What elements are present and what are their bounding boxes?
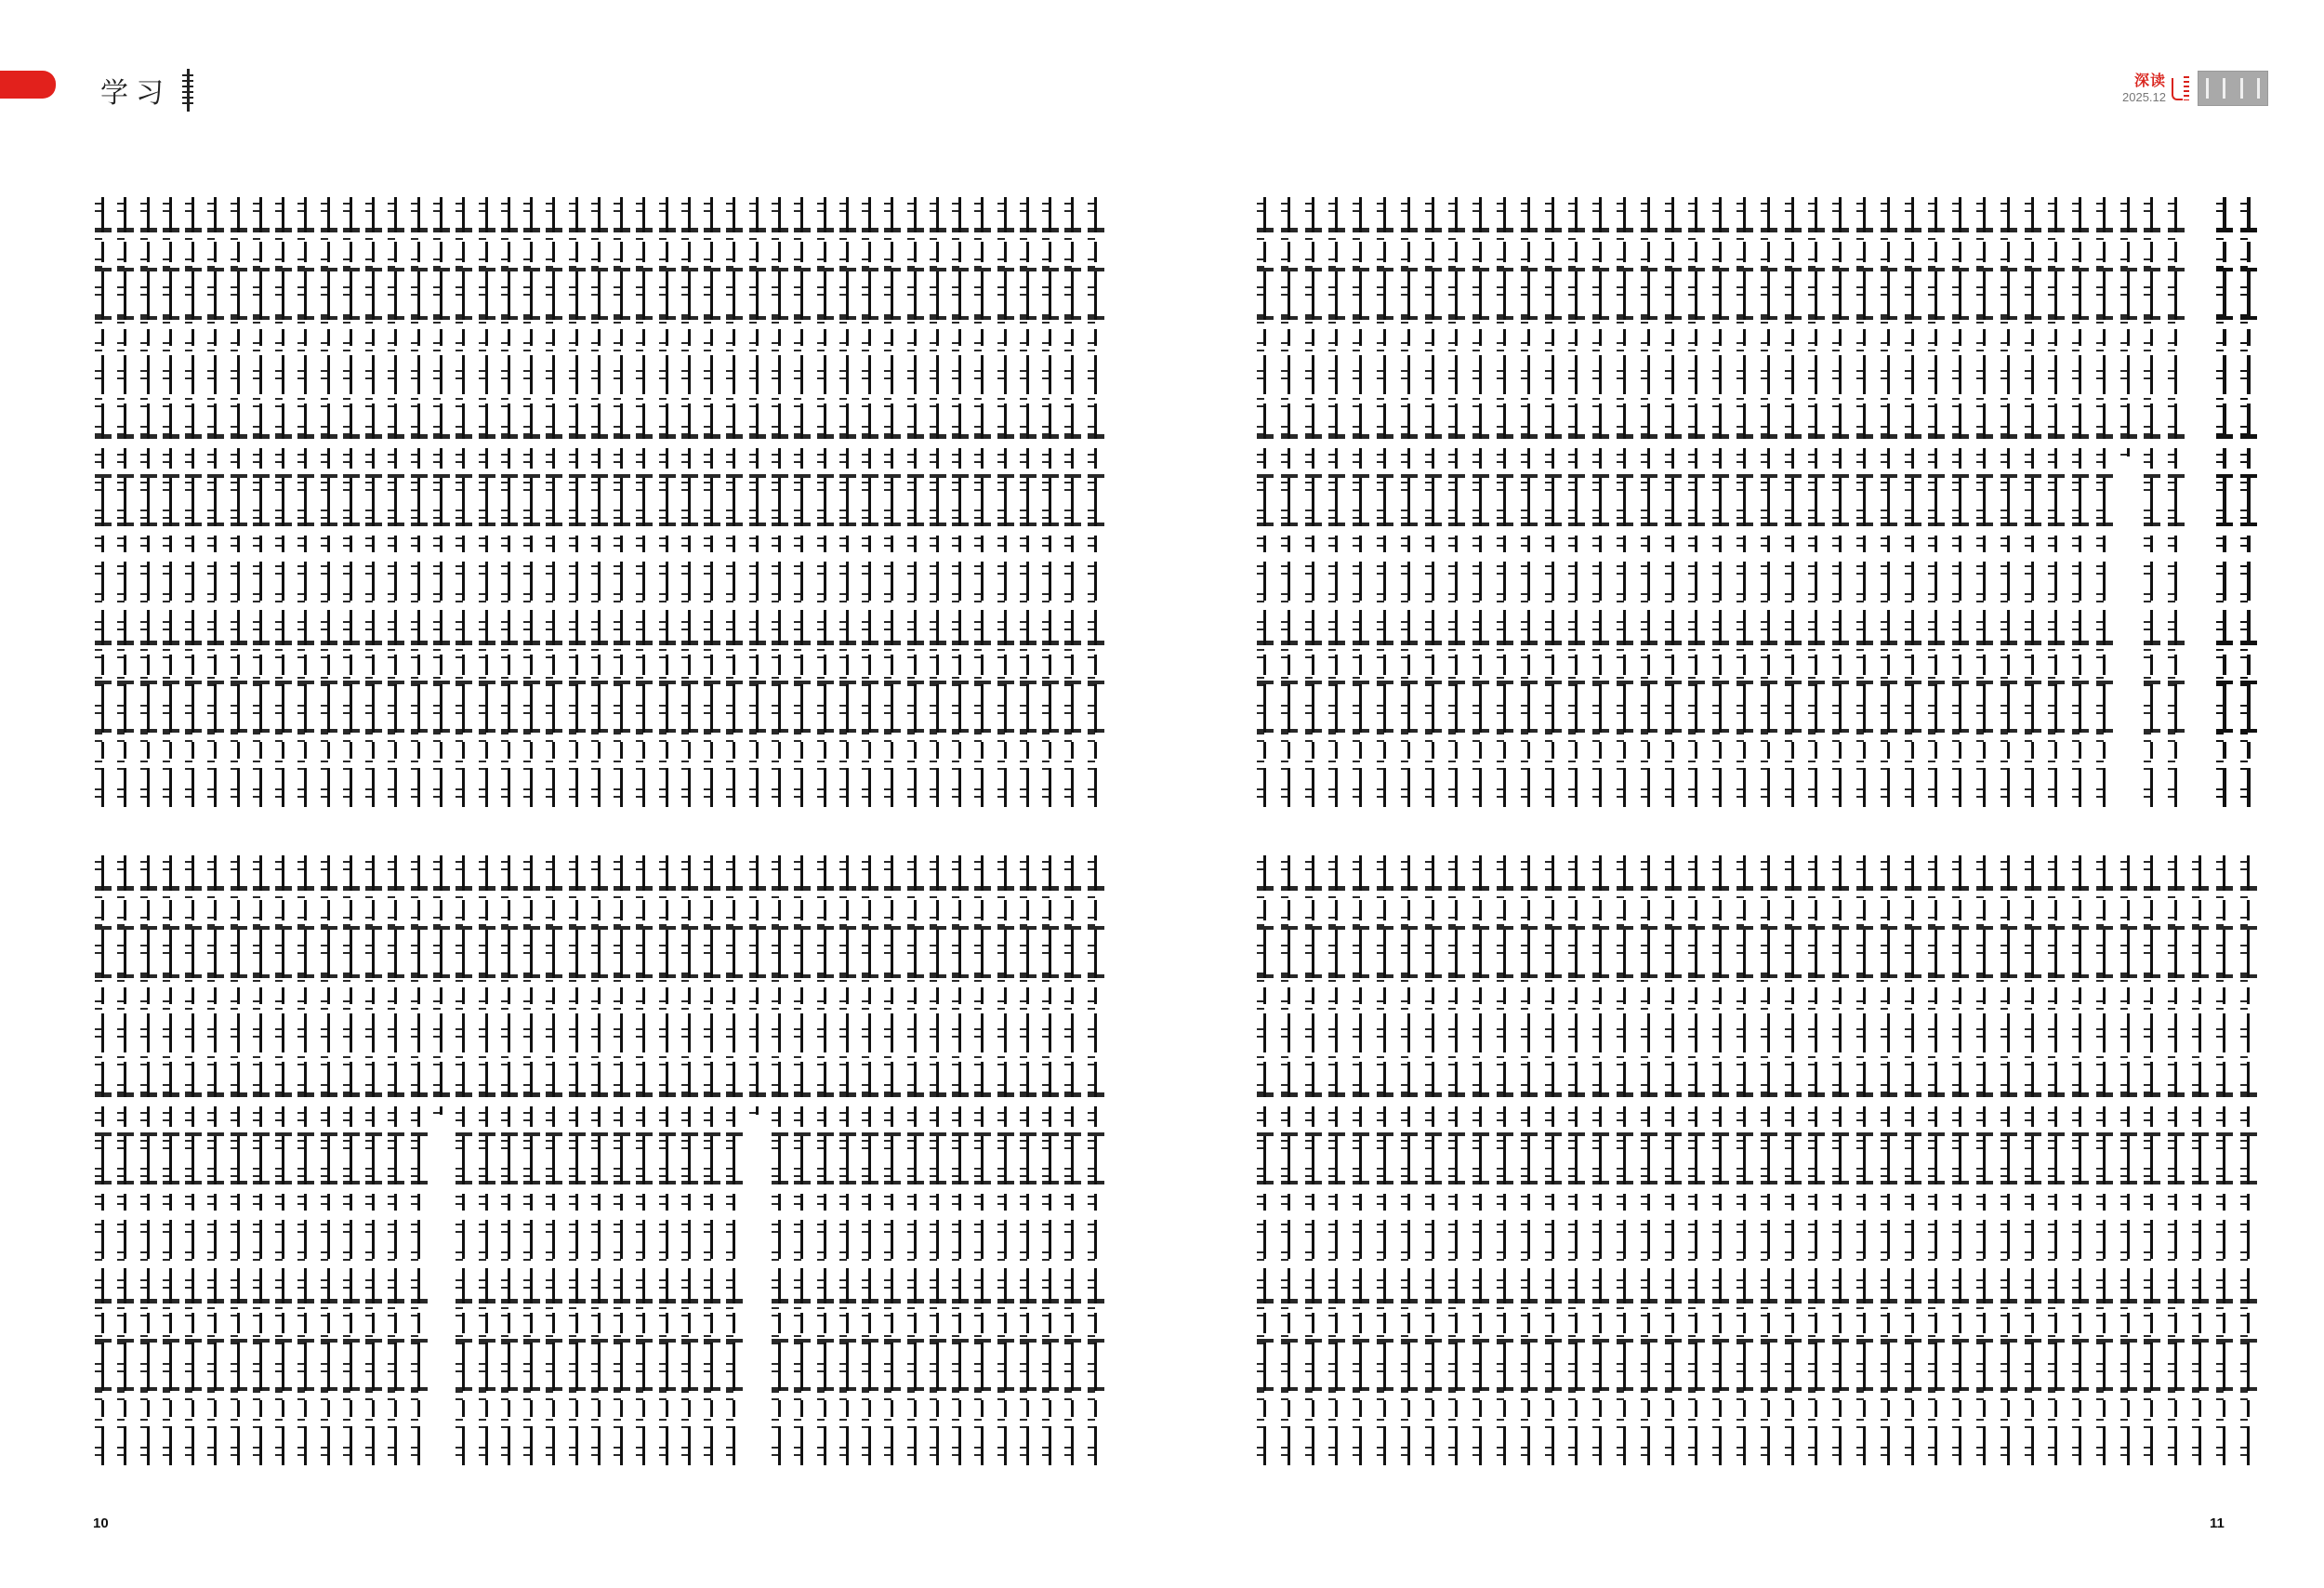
- text-column-glyphs: [680, 855, 700, 1474]
- text-column: [2190, 855, 2211, 1474]
- text-column: [1855, 197, 1875, 815]
- text-column-glyphs: [1423, 855, 1444, 1474]
- text-column: [1999, 855, 2019, 1474]
- text-column: [2094, 855, 2115, 1474]
- text-column: [680, 855, 700, 1474]
- text-column: [1423, 855, 1444, 1474]
- text-column: [1279, 855, 1300, 1474]
- text-column-glyphs: [161, 197, 181, 815]
- text-column: [229, 197, 249, 815]
- text-column: [1399, 197, 1419, 815]
- text-column: [1903, 197, 1923, 815]
- text-column: [702, 855, 722, 1474]
- text-column-glyphs: [251, 855, 271, 1474]
- text-column: [1879, 197, 1899, 815]
- text-column-glyphs: [1040, 197, 1061, 815]
- magazine-spread: 学习 10 深读 2025.12 11: [0, 0, 2324, 1588]
- text-column-glyphs: [2166, 855, 2186, 1474]
- text-column: [792, 197, 812, 815]
- text-column: [139, 197, 159, 815]
- text-column-glyphs: [93, 197, 113, 815]
- text-column: [115, 855, 136, 1474]
- text-column: [296, 197, 316, 815]
- text-column-glyphs: [2046, 197, 2067, 815]
- text-column: [2166, 197, 2186, 815]
- text-column: [612, 197, 632, 815]
- text-column: [273, 197, 294, 815]
- text-column: [702, 197, 722, 815]
- text-column: [1974, 855, 1995, 1474]
- text-column-glyphs: [1446, 855, 1467, 1474]
- text-column-glyphs: [1663, 855, 1684, 1474]
- text-column-glyphs: [2119, 855, 2139, 1474]
- text-column-glyphs: [386, 855, 406, 1474]
- text-column-glyphs: [1806, 855, 1827, 1474]
- text-column: [747, 197, 768, 815]
- text-column: [770, 855, 790, 1474]
- text-column-glyphs: [183, 855, 204, 1474]
- text-column-glyphs: [1830, 197, 1851, 815]
- text-column-glyphs: [1255, 855, 1275, 1474]
- text-column-glyphs: [2094, 197, 2115, 815]
- text-column: [1710, 197, 1731, 815]
- section-title-mongolian-glyph: [180, 69, 195, 112]
- text-column: [1710, 855, 1731, 1474]
- text-column: [1686, 197, 1707, 815]
- text-column-glyphs: [1974, 197, 1995, 815]
- text-column: [1279, 197, 1300, 815]
- text-column-glyphs: [1279, 197, 1300, 815]
- text-column-glyphs: [2142, 855, 2162, 1474]
- text-column: [634, 855, 654, 1474]
- text-column: [1375, 855, 1395, 1474]
- text-column: [1950, 855, 1971, 1474]
- text-column-glyphs: [1471, 197, 1491, 815]
- text-column: [2046, 855, 2067, 1474]
- text-column-glyphs: [1351, 197, 1371, 815]
- text-column: [1040, 197, 1061, 815]
- text-column: [1255, 855, 1275, 1474]
- text-column-glyphs: [1063, 197, 1083, 815]
- text-column: [1566, 197, 1587, 815]
- text-column-glyphs: [724, 855, 745, 1474]
- text-column: [386, 197, 406, 815]
- text-column-glyphs: [1926, 855, 1947, 1474]
- section-marker-tab: [0, 71, 56, 99]
- text-column: [815, 855, 836, 1474]
- text-column: [1063, 855, 1083, 1474]
- text-column: [2119, 855, 2139, 1474]
- text-column-glyphs: [838, 855, 858, 1474]
- text-column: [205, 855, 226, 1474]
- text-column-glyphs: [251, 197, 271, 815]
- text-column: [996, 197, 1016, 815]
- text-column: [1566, 855, 1587, 1474]
- text-column: [93, 197, 113, 815]
- text-column-glyphs: [1543, 197, 1564, 815]
- text-column: [1591, 855, 1611, 1474]
- text-column-glyphs: [544, 855, 564, 1474]
- text-column: [477, 855, 497, 1474]
- text-column: [2214, 855, 2235, 1474]
- text-column-glyphs: [115, 197, 136, 815]
- text-column-glyphs: [1375, 197, 1395, 815]
- left-page-upper-text-block: [93, 197, 1106, 815]
- text-column: [183, 855, 204, 1474]
- text-column-glyphs: [1471, 855, 1491, 1474]
- text-column: [386, 855, 406, 1474]
- text-column: [499, 197, 520, 815]
- text-column-glyphs: [1759, 855, 1779, 1474]
- text-column: [882, 855, 903, 1474]
- text-column-glyphs: [1327, 855, 1347, 1474]
- text-column-glyphs: [928, 855, 948, 1474]
- text-column: [454, 855, 474, 1474]
- text-column-glyphs: [612, 197, 632, 815]
- section-title-chinese: 学习: [100, 70, 171, 111]
- text-column-glyphs: [747, 197, 768, 815]
- text-column-glyphs: [1926, 197, 1947, 815]
- text-column-glyphs: [2046, 855, 2067, 1474]
- text-column-glyphs: [1879, 197, 1899, 815]
- text-column-glyphs: [792, 855, 812, 1474]
- text-column: [1926, 197, 1947, 815]
- text-column: [1735, 855, 1755, 1474]
- text-column-glyphs: [2190, 855, 2211, 1474]
- text-column: [251, 197, 271, 815]
- text-column: [1086, 855, 1106, 1474]
- text-column: [161, 197, 181, 815]
- text-column-glyphs: [1303, 197, 1324, 815]
- text-column-glyphs: [1423, 197, 1444, 815]
- text-column: [589, 197, 610, 815]
- text-column: [1303, 197, 1324, 815]
- text-column-glyphs: [1783, 855, 1803, 1474]
- text-column-glyphs: [1279, 855, 1300, 1474]
- text-column-glyphs: [2023, 855, 2043, 1474]
- text-column: [431, 197, 452, 815]
- text-column: [1974, 197, 1995, 815]
- text-column-glyphs: [1591, 197, 1611, 815]
- text-column: [860, 855, 880, 1474]
- text-column: [1639, 197, 1659, 815]
- text-column-glyphs: [1903, 855, 1923, 1474]
- text-column: [657, 197, 678, 815]
- text-column: [815, 197, 836, 815]
- text-column-glyphs: [183, 197, 204, 815]
- text-column: [1879, 855, 1899, 1474]
- text-column-glyphs: [454, 197, 474, 815]
- text-column: [838, 197, 858, 815]
- text-column: [2119, 197, 2139, 457]
- text-column-glyphs: [838, 197, 858, 815]
- text-column-glyphs: [1086, 197, 1106, 815]
- text-column-glyphs: [2214, 855, 2235, 1474]
- text-column-glyphs: [996, 855, 1016, 1474]
- text-column: [251, 855, 271, 1474]
- right-page-lower-text-block: [1255, 855, 2259, 1474]
- text-column-glyphs: [882, 197, 903, 815]
- text-column-glyphs: [1855, 855, 1875, 1474]
- text-column-glyphs: [1639, 855, 1659, 1474]
- text-column: [747, 855, 768, 1115]
- text-column: [2023, 197, 2043, 815]
- text-column-glyphs: [341, 197, 362, 815]
- text-column-glyphs: [1446, 197, 1467, 815]
- text-column: [183, 197, 204, 815]
- text-column-glyphs: [319, 197, 339, 815]
- text-column-glyphs: [363, 197, 384, 815]
- text-column-glyphs: [205, 855, 226, 1474]
- text-column: [1018, 855, 1038, 1474]
- text-column-glyphs: [139, 197, 159, 815]
- text-column-glyphs: [1999, 855, 2019, 1474]
- text-column: [1327, 197, 1347, 815]
- text-column-glyphs: [882, 855, 903, 1474]
- text-column: [1950, 197, 1971, 815]
- text-column: [1663, 855, 1684, 1474]
- text-column-glyphs: [115, 855, 136, 1474]
- text-column-glyphs: [1783, 197, 1803, 815]
- text-column: [1615, 197, 1635, 815]
- text-column: [1255, 197, 1275, 815]
- right-page: 深读 2025.12 11: [1162, 0, 2324, 1588]
- text-column-glyphs: [296, 855, 316, 1474]
- text-column-glyphs: [1495, 855, 1515, 1474]
- text-column: [1591, 197, 1611, 815]
- text-column-glyphs: [1879, 855, 1899, 1474]
- text-column-glyphs: [2214, 197, 2235, 815]
- magazine-masthead: 深读 2025.12: [2122, 71, 2268, 106]
- text-column: [341, 197, 362, 815]
- text-column: [161, 855, 181, 1474]
- text-column-glyphs: [1018, 197, 1038, 815]
- text-column-glyphs: [296, 197, 316, 815]
- text-column-glyphs: [1855, 197, 1875, 815]
- text-column: [2238, 855, 2259, 1474]
- text-column: [1351, 855, 1371, 1474]
- text-column-glyphs: [1710, 855, 1731, 1474]
- text-column-glyphs: [522, 197, 542, 815]
- text-column-glyphs: [747, 855, 768, 1115]
- text-column-glyphs: [522, 855, 542, 1474]
- text-column-glyphs: [1351, 855, 1371, 1474]
- text-column: [431, 855, 452, 1115]
- text-column-glyphs: [1495, 197, 1515, 815]
- text-column: [273, 855, 294, 1474]
- text-column: [1639, 855, 1659, 1474]
- text-column: [409, 197, 429, 815]
- text-column-glyphs: [950, 197, 971, 815]
- text-column: [499, 855, 520, 1474]
- text-column-glyphs: [1830, 855, 1851, 1474]
- text-column: [1495, 855, 1515, 1474]
- text-column-glyphs: [2070, 855, 2091, 1474]
- text-column-glyphs: [477, 855, 497, 1474]
- text-column-glyphs: [972, 855, 993, 1474]
- text-column-glyphs: [2166, 197, 2186, 815]
- text-column: [1327, 855, 1347, 1474]
- text-column-glyphs: [229, 855, 249, 1474]
- text-column-glyphs: [1519, 197, 1539, 815]
- text-column: [928, 855, 948, 1474]
- text-column: [1471, 855, 1491, 1474]
- text-column: [363, 855, 384, 1474]
- text-column-glyphs: [860, 197, 880, 815]
- text-column-glyphs: [431, 197, 452, 815]
- text-column: [454, 197, 474, 815]
- text-column-glyphs: [634, 197, 654, 815]
- text-column-glyphs: [93, 855, 113, 1474]
- text-column: [2214, 197, 2235, 815]
- text-column: [1351, 197, 1371, 815]
- text-column-glyphs: [657, 855, 678, 1474]
- text-column: [1686, 855, 1707, 1474]
- text-column: [1830, 197, 1851, 815]
- text-column: [1423, 197, 1444, 815]
- text-column: [205, 197, 226, 815]
- text-column: [950, 855, 971, 1474]
- text-column-glyphs: [1974, 855, 1995, 1474]
- text-column: [1543, 197, 1564, 815]
- text-column: [724, 855, 745, 1474]
- text-column: [1830, 855, 1851, 1474]
- text-column: [882, 197, 903, 815]
- issue-date: 2025.12: [2122, 91, 2166, 103]
- text-column-glyphs: [792, 197, 812, 815]
- text-column: [477, 197, 497, 815]
- text-column-glyphs: [589, 855, 610, 1474]
- page-number: 11: [2210, 1515, 2225, 1531]
- text-column: [1519, 855, 1539, 1474]
- text-column-glyphs: [1686, 197, 1707, 815]
- text-column: [319, 855, 339, 1474]
- text-column: [1543, 855, 1564, 1474]
- text-column-glyphs: [1018, 855, 1038, 1474]
- text-column: [2023, 855, 2043, 1474]
- text-column: [229, 855, 249, 1474]
- text-column: [1926, 855, 1947, 1474]
- text-column-glyphs: [702, 855, 722, 1474]
- text-column-glyphs: [928, 197, 948, 815]
- text-column: [1471, 197, 1491, 815]
- text-column-glyphs: [229, 197, 249, 815]
- text-column: [1375, 197, 1395, 815]
- text-column: [2070, 855, 2091, 1474]
- text-column: [1303, 855, 1324, 1474]
- text-column: [2094, 197, 2115, 815]
- seal-logo-icon: [2198, 71, 2268, 106]
- text-column-glyphs: [2023, 197, 2043, 815]
- text-column: [1806, 855, 1827, 1474]
- text-column-glyphs: [477, 197, 497, 815]
- text-column: [2166, 855, 2186, 1474]
- text-column: [115, 197, 136, 815]
- text-column: [657, 855, 678, 1474]
- page-number: 10: [93, 1515, 109, 1531]
- brand-name: 深读: [2134, 73, 2166, 88]
- text-column: [1018, 197, 1038, 815]
- text-column: [1783, 197, 1803, 815]
- text-column: [1615, 855, 1635, 1474]
- text-column: [1759, 855, 1779, 1474]
- text-column-glyphs: [319, 855, 339, 1474]
- text-column-glyphs: [1735, 855, 1755, 1474]
- text-column-glyphs: [589, 197, 610, 815]
- text-column-glyphs: [1639, 197, 1659, 815]
- text-column: [544, 197, 564, 815]
- text-column: [1903, 855, 1923, 1474]
- text-column-glyphs: [905, 855, 926, 1474]
- text-column-glyphs: [1375, 855, 1395, 1474]
- text-column-glyphs: [1327, 197, 1347, 815]
- text-column-glyphs: [567, 197, 588, 815]
- text-column: [1999, 197, 2019, 815]
- text-column: [319, 197, 339, 815]
- text-column: [1446, 855, 1467, 1474]
- text-column-glyphs: [567, 855, 588, 1474]
- text-column-glyphs: [996, 197, 1016, 815]
- text-column: [1783, 855, 1803, 1474]
- text-column-glyphs: [1519, 855, 1539, 1474]
- text-column-glyphs: [499, 197, 520, 815]
- text-column-glyphs: [1566, 197, 1587, 815]
- text-column-glyphs: [1735, 197, 1755, 815]
- text-column-glyphs: [139, 855, 159, 1474]
- text-column-glyphs: [1615, 197, 1635, 815]
- text-column: [996, 855, 1016, 1474]
- text-column: [1495, 197, 1515, 815]
- text-column-glyphs: [972, 197, 993, 815]
- text-column-glyphs: [634, 855, 654, 1474]
- text-column: [905, 197, 926, 815]
- text-column: [2238, 197, 2259, 815]
- text-column: [567, 855, 588, 1474]
- text-column-glyphs: [815, 855, 836, 1474]
- text-column: [792, 855, 812, 1474]
- text-column-glyphs: [702, 197, 722, 815]
- text-column-glyphs: [680, 197, 700, 815]
- text-column-glyphs: [2070, 197, 2091, 815]
- brand-mongolian-glyph: [2172, 74, 2192, 102]
- text-column-glyphs: [1615, 855, 1635, 1474]
- text-column-glyphs: [273, 197, 294, 815]
- text-column: [950, 197, 971, 815]
- text-column-glyphs: [2142, 197, 2162, 815]
- text-column: [612, 855, 632, 1474]
- text-column: [2142, 197, 2162, 815]
- text-column-glyphs: [1903, 197, 1923, 815]
- left-page-lower-text-block: [93, 855, 1106, 1474]
- text-column-glyphs: [1999, 197, 2019, 815]
- text-column: [972, 855, 993, 1474]
- text-column: [1399, 855, 1419, 1474]
- text-column-glyphs: [1086, 855, 1106, 1474]
- brand-block: 深读 2025.12: [2122, 73, 2166, 103]
- text-column-glyphs: [1566, 855, 1587, 1474]
- right-page-upper-text-block: [1255, 197, 2259, 815]
- text-column: [634, 197, 654, 815]
- text-column-glyphs: [1950, 855, 1971, 1474]
- text-column: [363, 197, 384, 815]
- text-column: [1063, 197, 1083, 815]
- text-column-glyphs: [409, 197, 429, 815]
- text-column-glyphs: [2238, 855, 2259, 1474]
- text-column: [2046, 197, 2067, 815]
- text-column: [680, 197, 700, 815]
- text-column-glyphs: [386, 197, 406, 815]
- text-column-glyphs: [1663, 197, 1684, 815]
